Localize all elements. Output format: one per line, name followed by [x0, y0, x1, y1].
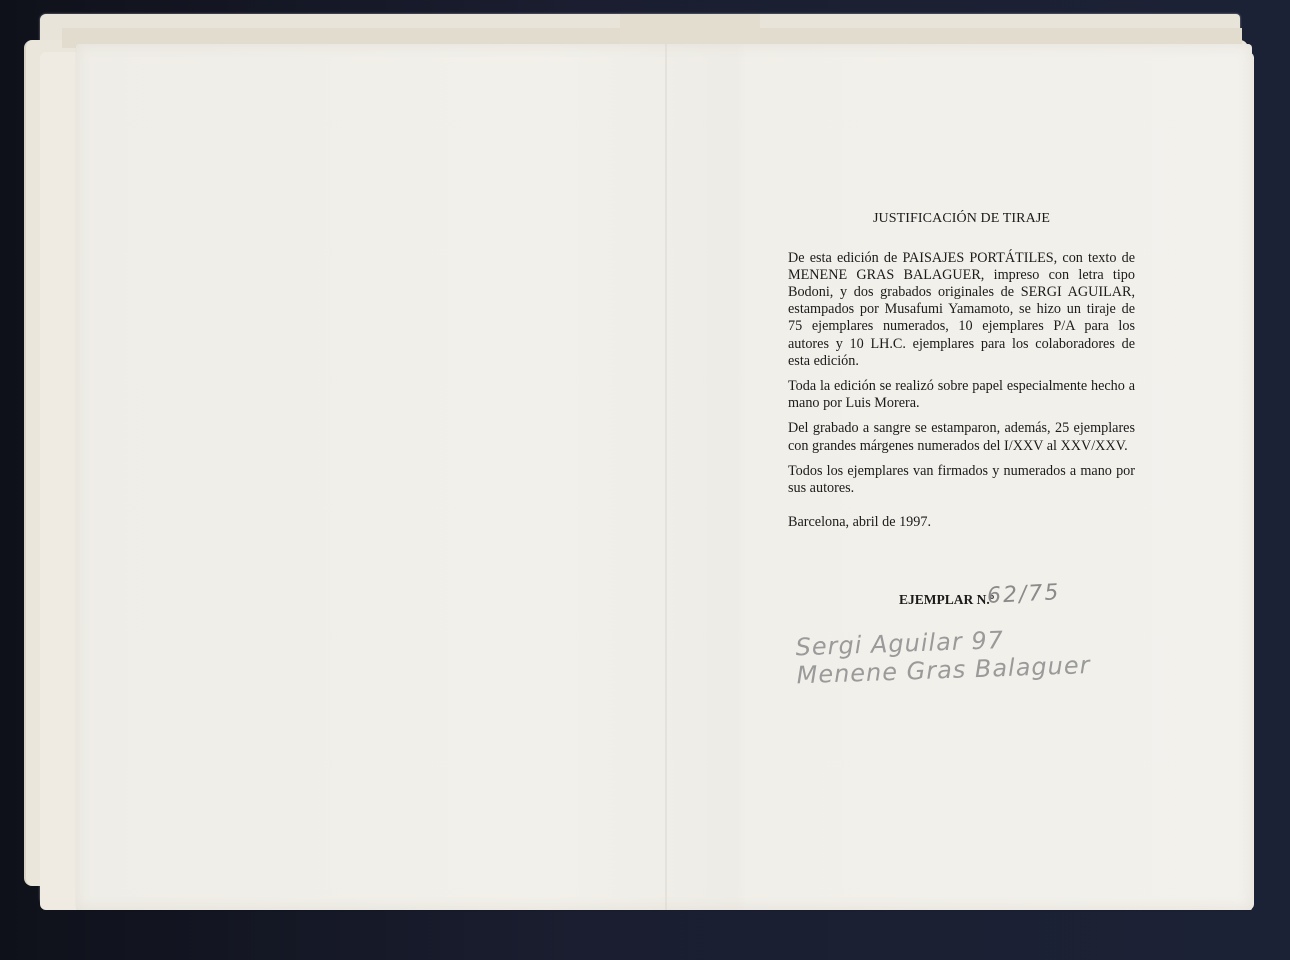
signatures: Sergi Aguilar 97 Menene Gras Balaguer [795, 619, 1217, 690]
copy-number-label: EJEMPLAR N.º [899, 592, 994, 608]
colophon-title: JUSTIFICACIÓN DE TIRAJE [788, 210, 1135, 228]
place-date: Barcelona, abril de 1997. [788, 514, 1135, 531]
left-page-blank [76, 44, 666, 910]
colophon-text: JUSTIFICACIÓN DE TIRAJE De esta edición … [788, 210, 1135, 539]
fold-edge [620, 14, 760, 44]
right-page: JUSTIFICACIÓN DE TIRAJE De esta edición … [666, 44, 1252, 910]
copy-number-handwritten: 62/75 [986, 580, 1061, 609]
open-folio: JUSTIFICACIÓN DE TIRAJE De esta edición … [76, 44, 1252, 910]
paragraph-engraving: Del grabado a sangre se estamparon, adem… [788, 420, 1135, 454]
paragraph-signed: Todos los ejemplares van firmados y nume… [788, 463, 1135, 497]
paragraph-edition: De esta edición de PAISAJES PORTÁTILES, … [788, 250, 1135, 370]
paragraph-paper: Toda la edición se realizó sobre papel e… [788, 378, 1135, 412]
